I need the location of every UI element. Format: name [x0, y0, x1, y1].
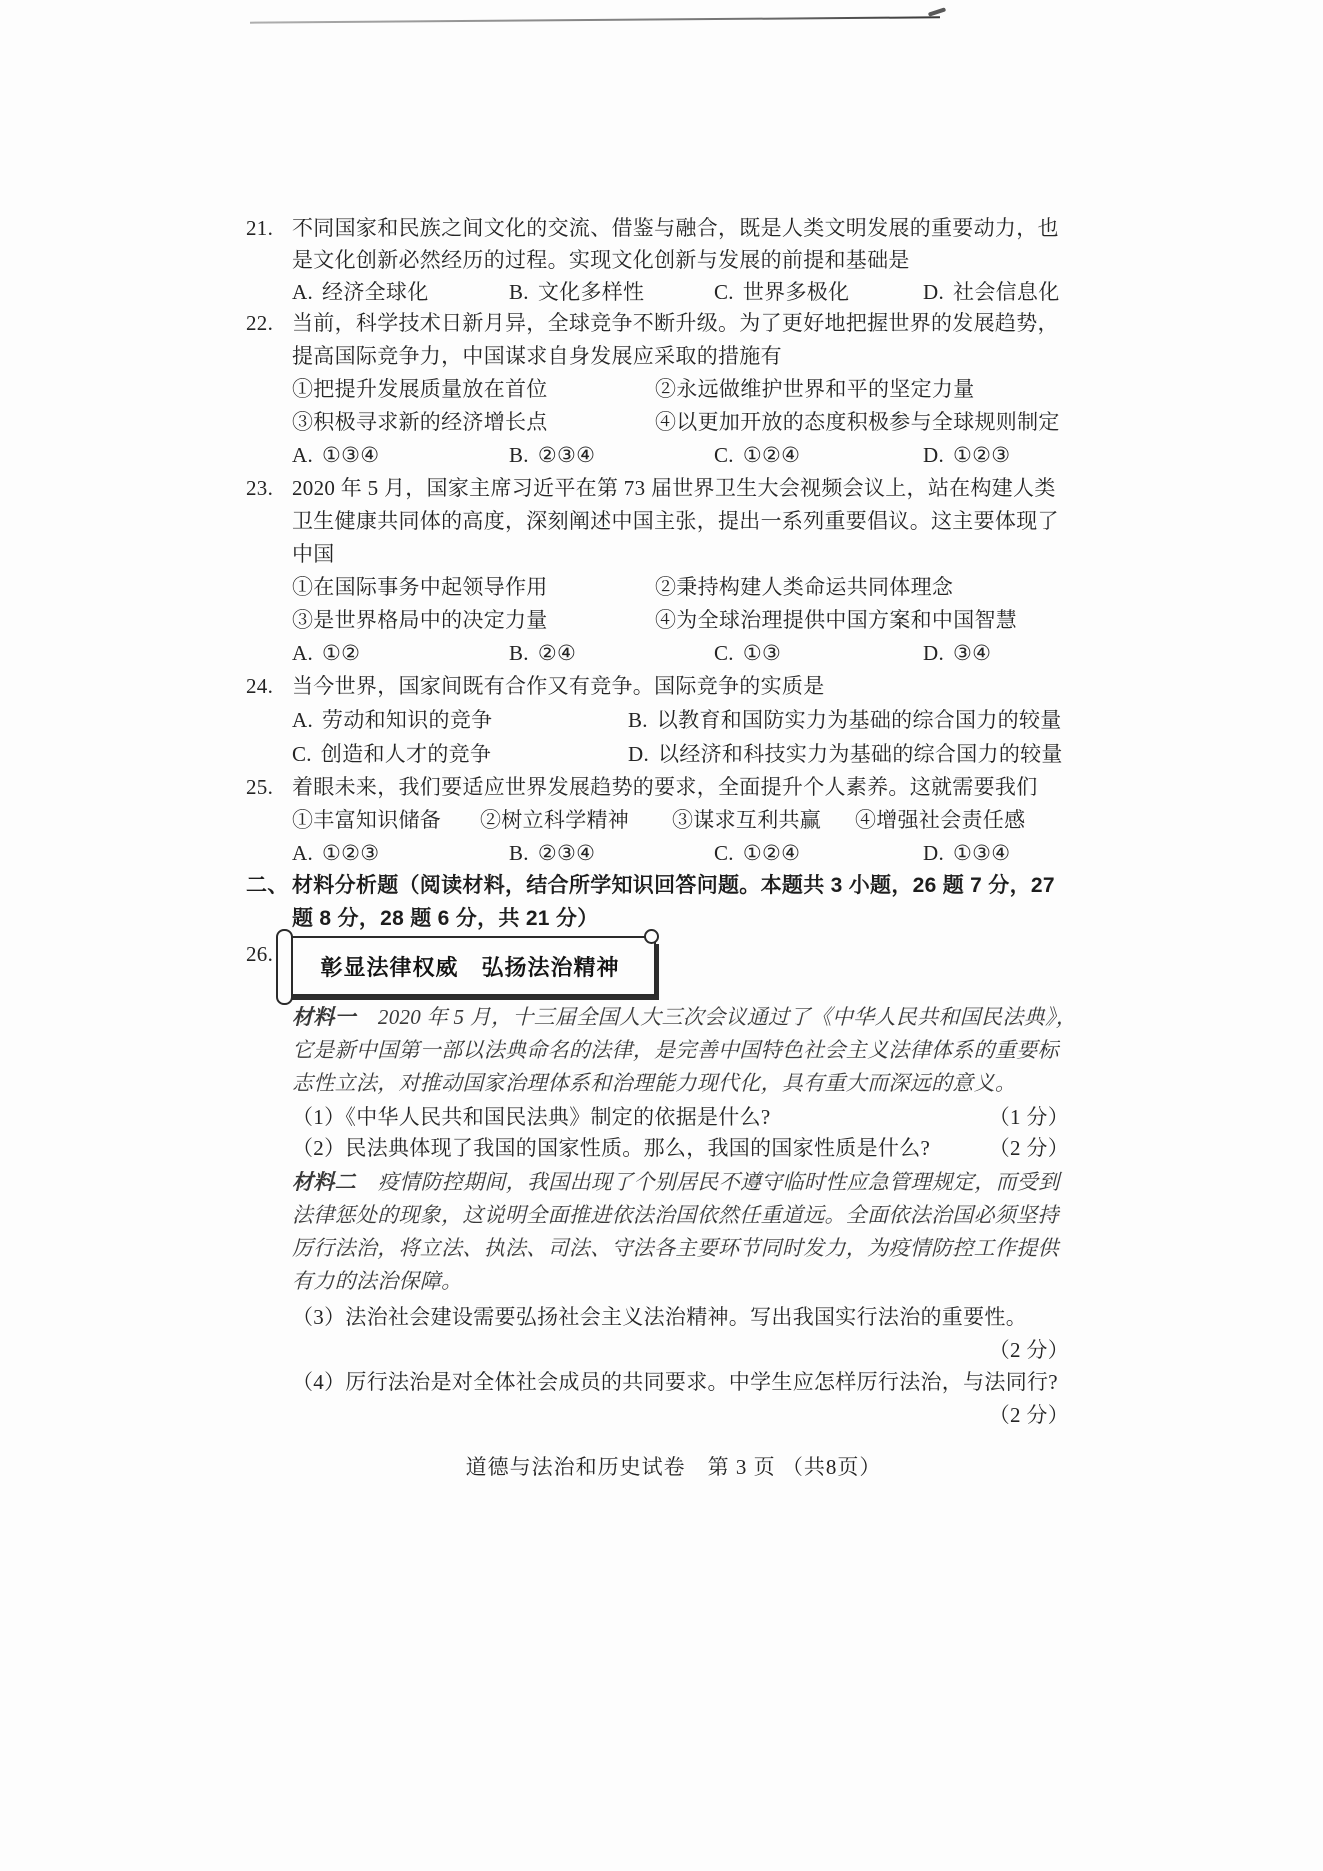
- option-row-pair: ③积极寻求新的经济增长点 ④以更加开放的态度积极参与全球规则制定: [292, 406, 1069, 439]
- option-d: D.③④: [923, 637, 991, 670]
- material-text: 2020 年 5 月，十三届全国人大三次会议通过了《中华人民共和国民法典》，: [378, 1005, 1077, 1029]
- option-label: B.: [509, 439, 529, 472]
- option-c: C.①③: [714, 637, 923, 670]
- option-1: ①在国际事务中起领导作用: [292, 571, 655, 604]
- section-2-header: 二、 材料分析题（阅读材料，结合所学知识回答问题。本题共 3 小题，26 题 7…: [246, 869, 1069, 935]
- subquestion-2: （2）民法典体现了我国的国家性质。那么，我国的国家性质是什么? （2 分）: [292, 1133, 1069, 1164]
- option-3: ③谋求互利共赢: [672, 804, 855, 837]
- option-label: C.: [714, 837, 734, 870]
- subquestion-1: （1）《中华人民共和国民法典》制定的依据是什么? （1 分）: [292, 1102, 1069, 1133]
- score-badge: （2 分）: [292, 1334, 1069, 1367]
- option-d: D.①③④: [923, 837, 1010, 870]
- option-3: ③是世界格局中的决定力量: [292, 604, 655, 637]
- option-row-pair: ①把提升发展质量放在首位 ②永远做维护世界和平的坚定力量: [292, 373, 1069, 406]
- option-3: ③积极寻求新的经济增长点: [292, 406, 655, 439]
- question-number: 26.: [246, 942, 273, 967]
- option-label: B.: [509, 837, 529, 870]
- banner-scroll-left-roll-icon: [276, 929, 293, 1005]
- subquestion-text: （1）《中华人民共和国民法典》制定的依据是什么?: [292, 1102, 771, 1133]
- option-text: 世界多极化: [743, 276, 850, 308]
- option-2: ②树立科学精神: [480, 804, 672, 837]
- option-text: 文化多样性: [538, 276, 645, 308]
- banner-scroll: 彰显法律权威 弘扬法治精神: [284, 936, 656, 996]
- option-text: ①②④: [743, 439, 800, 472]
- option-text: 劳动和知识的竞争: [322, 703, 492, 737]
- option-d: D.社会信息化: [923, 276, 1060, 308]
- option-label: A.: [292, 276, 313, 308]
- question-number: 21.: [246, 212, 273, 244]
- material-line: 有力的法治保障。: [292, 1265, 1069, 1298]
- material-line: 材料一2020 年 5 月，十三届全国人大三次会议通过了《中华人民共和国民法典》…: [292, 1001, 1069, 1034]
- option-text: ①③④: [953, 837, 1010, 870]
- question-number: 23.: [246, 472, 273, 505]
- option-label: A.: [292, 703, 313, 737]
- exam-paper-page: 21. 不同国家和民族之间文化的交流、借鉴与融合，既是人类文明发展的重要动力，也…: [0, 0, 1323, 1871]
- banner-title: 彰显法律权威 弘扬法治精神: [320, 951, 619, 982]
- question-number: 22.: [246, 307, 273, 340]
- option-text: ①③④: [322, 439, 379, 472]
- question-24: 24. 当今世界，国家间既有合作又有竞争。国际竞争的实质是 A.劳动和知识的竞争…: [246, 669, 1069, 771]
- option-a: A.①②③: [292, 837, 509, 870]
- option-label: B.: [509, 637, 529, 670]
- option-row-abcd: A.①② B.②④ C.①③ D.③④: [292, 637, 1069, 670]
- option-b: B.②③④: [509, 439, 714, 472]
- option-label: D.: [923, 276, 944, 308]
- option-1: ①丰富知识储备: [292, 804, 480, 837]
- option-label: C.: [292, 737, 312, 771]
- option-label: A.: [292, 439, 313, 472]
- option-text: ①②③: [953, 439, 1010, 472]
- option-label: C.: [714, 439, 734, 472]
- option-label: D.: [628, 737, 649, 771]
- option-d: D.以经济和科技实力为基础的综合国力的较量: [628, 737, 1063, 771]
- option-text: 社会信息化: [953, 276, 1060, 308]
- stem-line: 卫生健康共同体的高度，深刻阐述中国主张，提出一系列重要倡议。这主要体现了: [292, 505, 1069, 538]
- option-label: B.: [628, 703, 648, 737]
- score-badge: （2 分）: [989, 1133, 1069, 1164]
- section-header-line: 题 8 分，28 题 6 分，共 21 分）: [292, 902, 1069, 935]
- option-2: ②永远做维护世界和平的坚定力量: [655, 373, 975, 406]
- scan-artifact-line: [250, 16, 940, 23]
- option-a: A.劳动和知识的竞争: [292, 703, 628, 737]
- option-label: C.: [714, 637, 734, 670]
- option-row-pair: ①在国际事务中起领导作用 ②秉持构建人类命运共同体理念: [292, 571, 1069, 604]
- option-label: A.: [292, 637, 313, 670]
- option-row-quad: ①丰富知识储备 ②树立科学精神 ③谋求互利共赢 ④增强社会责任感: [292, 804, 1069, 837]
- option-label: D.: [923, 837, 944, 870]
- option-row-pair: ③是世界格局中的决定力量 ④为全球治理提供中国方案和中国智慧: [292, 604, 1069, 637]
- option-text: ①③: [743, 637, 781, 670]
- stem-line: 着眼未来，我们要适应世界发展趋势的要求，全面提升个人素养。这就需要我们: [292, 771, 1069, 804]
- material-line: 志性立法，对推动国家治理体系和治理能力现代化，具有重大而深远的意义。: [292, 1067, 1069, 1100]
- stem-line: 中国: [292, 538, 1069, 571]
- subquestions-1-2: （1）《中华人民共和国民法典》制定的依据是什么? （1 分） （2）民法典体现了…: [246, 1102, 1069, 1164]
- option-text: 经济全球化: [322, 276, 429, 308]
- option-text: ①②③: [322, 837, 379, 870]
- option-label: D.: [923, 439, 944, 472]
- material-text: 疫情防控期间，我国出现了个别居民不遵守临时性应急管理规定，而受到: [378, 1170, 1060, 1194]
- question-22: 22. 当前，科学技术日新月异，全球竞争不断升级。为了更好地把握世界的发展趋势，…: [246, 307, 1069, 472]
- option-label: D.: [923, 637, 944, 670]
- option-1: ①把提升发展质量放在首位: [292, 373, 655, 406]
- stem-line: 不同国家和民族之间文化的交流、借鉴与融合，既是人类文明发展的重要动力，也: [292, 212, 1069, 244]
- option-text: ②④: [538, 637, 576, 670]
- option-b: B.以教育和国防实力为基础的综合国力的较量: [628, 703, 1062, 737]
- subquestion-text: （2）民法典体现了我国的国家性质。那么，我国的国家性质是什么?: [292, 1133, 930, 1164]
- question-26-header: 26. 彰显法律权威 弘扬法治精神: [246, 936, 1069, 1000]
- stem-line: 2020 年 5 月，国家主席习近平在第 73 届世界卫生大会视频会议上，站在构…: [292, 472, 1069, 505]
- question-25: 25. 着眼未来，我们要适应世界发展趋势的要求，全面提升个人素养。这就需要我们 …: [246, 771, 1069, 870]
- option-b: B.文化多样性: [509, 276, 714, 308]
- subquestion-4: （4）厉行法治是对全体社会成员的共同要求。中学生应怎样厉行法治，与法同行? （2…: [246, 1366, 1069, 1432]
- section-header-line: 材料分析题（阅读材料，结合所学知识回答问题。本题共 3 小题，26 题 7 分，…: [292, 869, 1069, 902]
- score-badge: （1 分）: [989, 1102, 1069, 1133]
- option-row-abcd: A.①③④ B.②③④ C.①②④ D.①②③: [292, 439, 1069, 472]
- option-text: ①②: [322, 637, 360, 670]
- material-label: 材料二: [292, 1170, 356, 1194]
- option-text: ③④: [953, 637, 991, 670]
- score-badge: （2 分）: [292, 1399, 1069, 1432]
- option-4: ④增强社会责任感: [855, 804, 1025, 837]
- question-23: 23. 2020 年 5 月，国家主席习近平在第 73 届世界卫生大会视频会议上…: [246, 472, 1069, 670]
- stem-line: 提高国际竞争力，中国谋求自身发展应采取的措施有: [292, 340, 1069, 373]
- option-c: C.①②④: [714, 837, 923, 870]
- option-text: 创造和人才的竞争: [321, 737, 491, 771]
- option-text: 以教育和国防实力为基础的综合国力的较量: [657, 703, 1062, 737]
- option-c: C.世界多极化: [714, 276, 923, 308]
- option-b: B.②④: [509, 637, 714, 670]
- material-1: 材料一2020 年 5 月，十三届全国人大三次会议通过了《中华人民共和国民法典》…: [246, 1001, 1069, 1100]
- stem-line: 当今世界，国家间既有合作又有竞争。国际竞争的实质是: [292, 669, 1069, 703]
- subquestion-text: （4）厉行法治是对全体社会成员的共同要求。中学生应怎样厉行法治，与法同行?: [292, 1366, 1069, 1399]
- subquestion-text: （3）法治社会建设需要弘扬社会主义法治精神。写出我国实行法治的重要性。: [292, 1301, 1069, 1334]
- option-row-abcd: A.经济全球化 B.文化多样性 C.世界多极化 D.社会信息化: [292, 276, 1069, 308]
- material-line: 材料二疫情防控期间，我国出现了个别居民不遵守临时性应急管理规定，而受到: [292, 1166, 1069, 1199]
- option-4: ④以更加开放的态度积极参与全球规则制定: [655, 406, 1060, 439]
- option-c: C.创造和人才的竞争: [292, 737, 628, 771]
- option-4: ④为全球治理提供中国方案和中国智慧: [655, 604, 1017, 637]
- option-a: A.①③④: [292, 439, 509, 472]
- stem-line: 是文化创新必然经历的过程。实现文化创新与发展的前提和基础是: [292, 244, 1069, 276]
- material-label: 材料一: [292, 1005, 356, 1029]
- question-21: 21. 不同国家和民族之间文化的交流、借鉴与融合，既是人类文明发展的重要动力，也…: [246, 212, 1069, 308]
- option-d: D.①②③: [923, 439, 1010, 472]
- stem-line: 当前，科学技术日新月异，全球竞争不断升级。为了更好地把握世界的发展趋势，: [292, 307, 1069, 340]
- option-row-pair: C.创造和人才的竞争 D.以经济和科技实力为基础的综合国力的较量: [292, 737, 1069, 771]
- option-text: 以经济和科技实力为基础的综合国力的较量: [658, 737, 1063, 771]
- material-line: 厉行法治，将立法、执法、司法、守法各主要环节同时发力，为疫情防控工作提供: [292, 1232, 1069, 1265]
- option-row-abcd: A.①②③ B.②③④ C.①②④ D.①③④: [292, 837, 1069, 870]
- subquestion-3: （3）法治社会建设需要弘扬社会主义法治精神。写出我国实行法治的重要性。 （2 分…: [246, 1301, 1069, 1367]
- option-2: ②秉持构建人类命运共同体理念: [655, 571, 953, 604]
- option-a: A.经济全球化: [292, 276, 509, 308]
- question-number: 24.: [246, 669, 273, 703]
- page-footer: 道德与法治和历史试卷 第 3 页 （共8页）: [262, 1452, 1085, 1482]
- material-line: 法律惩处的现象，这说明全面推进依法治国依然任重道远。全面依法治国必须坚持: [292, 1199, 1069, 1232]
- option-a: A.①②: [292, 637, 509, 670]
- banner-scroll-top-right-curl-icon: [644, 929, 659, 944]
- option-text: ②③④: [538, 837, 595, 870]
- option-text: ①②④: [743, 837, 800, 870]
- option-label: A.: [292, 837, 313, 870]
- option-label: B.: [509, 276, 529, 308]
- option-c: C.①②④: [714, 439, 923, 472]
- material-2: 材料二疫情防控期间，我国出现了个别居民不遵守临时性应急管理规定，而受到 法律惩处…: [246, 1166, 1069, 1298]
- option-row-pair: A.劳动和知识的竞争 B.以教育和国防实力为基础的综合国力的较量: [292, 703, 1069, 737]
- option-label: C.: [714, 276, 734, 308]
- material-line: 它是新中国第一部以法典命名的法律，是完善中国特色社会主义法律体系的重要标: [292, 1034, 1069, 1067]
- question-number: 25.: [246, 771, 273, 804]
- section-marker: 二、: [246, 869, 289, 902]
- option-text: ②③④: [538, 439, 595, 472]
- scan-artifact-mark: [928, 7, 946, 16]
- option-b: B.②③④: [509, 837, 714, 870]
